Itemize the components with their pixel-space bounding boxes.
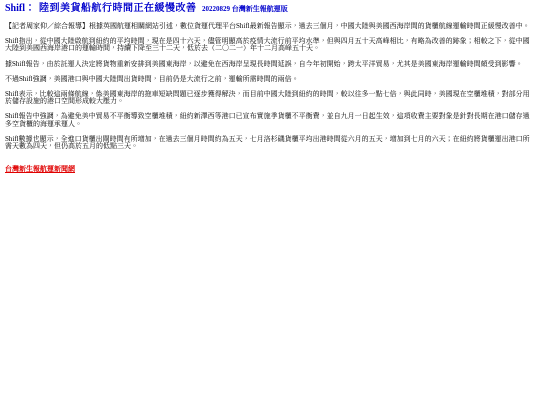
article-paragraph: Shifl報告中強調，為避免美中貿易不平衡導致空櫃堆積，紐約新澤西等港口已宣布實… xyxy=(5,113,535,127)
article-paragraph: Shifl表示，比較這兩條航線，係美國東海岸的拖車短缺問題已逐步獲得解決，而目前… xyxy=(5,91,535,105)
article-paragraph: Shifl指出，從中國大陸啟航到紐約的平均時間，現在是四十六天，儘管明顯高於疫情… xyxy=(5,38,535,52)
shipping-news-site-link[interactable]: 台灣新生報航運新聞網 xyxy=(5,166,75,173)
headline-prefix: Shifl： xyxy=(5,3,35,14)
article-body: 【記者周家仰／綜合報導】根據英國航運相關網站引述，數位貨運代理平台Shifl最新… xyxy=(5,23,535,150)
headline-title: 陸到美貨船航行時間正在緩慢改善 xyxy=(39,3,197,14)
article-paragraph: 不過Shifl強調，美國港口與中國大陸間出貨時間，目前仍是大流行之前，運輸所需時… xyxy=(5,76,535,83)
article-paragraph: 【記者周家仰／綜合報導】根據英國航運相關網站引述，數位貨運代理平台Shifl最新… xyxy=(5,23,535,30)
article-paragraph: Shifl數據也顯示，全進口貨櫃出閘時間有所增加，在過去三個月時間約為五天，七月… xyxy=(5,136,535,150)
article-paragraph: 據Shifl報告，由於託運人決定將貨物重新安排到美國東海岸，以避免在西海岸呈現長… xyxy=(5,61,535,68)
article-headline: Shifl：陸到美貨船航行時間正在緩慢改善 20220829 台灣新生報航運版 xyxy=(5,3,535,15)
headline-date-source: 20220829 台灣新生報航運版 xyxy=(202,5,288,13)
